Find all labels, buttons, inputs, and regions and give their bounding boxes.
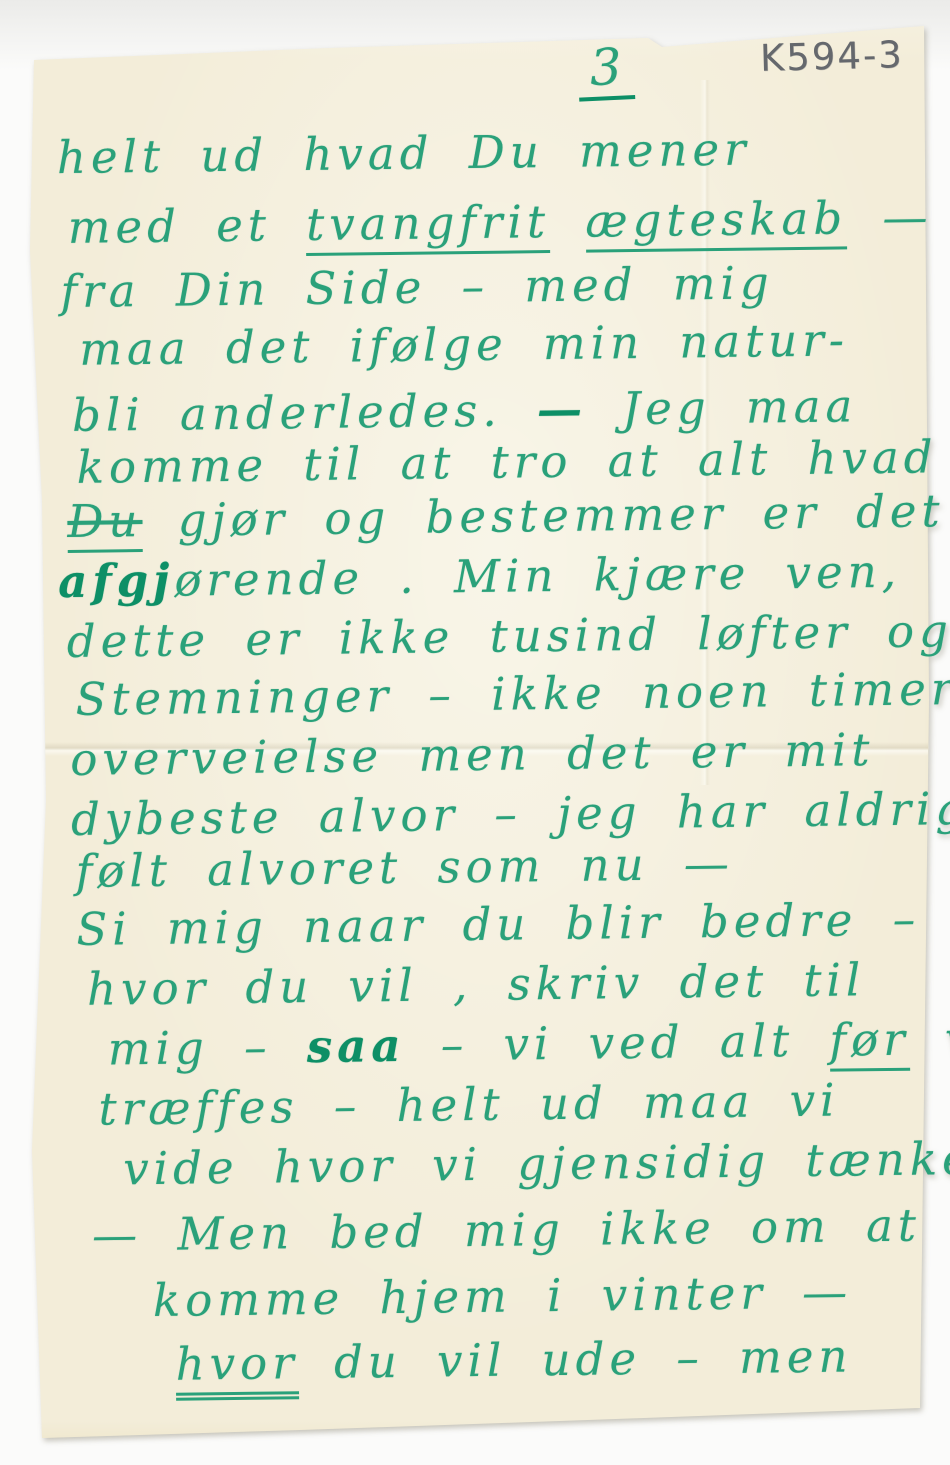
archival-mark: K594-3 (760, 36, 905, 77)
handwriting-line: fra Din Side – med mig (60, 260, 774, 314)
handwriting-segment: mig – (108, 1020, 308, 1075)
handwriting-segment: Jeg maa (587, 379, 858, 435)
handwriting-segment: — (847, 190, 933, 244)
handwriting-segment: bli anderledes. (72, 383, 537, 442)
handwriting-line: komme hjem i vinter — (153, 1269, 853, 1323)
handwriting-line: træffes – helt ud maa vi (98, 1078, 839, 1132)
handwriting-segment: maa det ifølge min natur- (79, 313, 849, 375)
handwriting-line: bli anderledes. — Jeg maa (72, 383, 858, 438)
handwriting-segment: — Men bed mig ikke om at (92, 1199, 921, 1262)
handwriting-segment: dette er ikke tusind løfter og (67, 604, 950, 668)
handwriting-layer: 3 helt ud hvad Du menermed et tvangfrit … (0, 0, 950, 1465)
handwriting-segment: du vil ude – men (298, 1329, 852, 1389)
handwriting-segment: komme hjem i vinter — (153, 1265, 853, 1327)
handwriting-segment: afgj (58, 554, 175, 608)
handwriting-segment: — (537, 383, 588, 437)
handwriting-line: Stemninger – ikke noen timers (75, 666, 950, 722)
handwriting-segment: vi (909, 1012, 950, 1066)
handwriting-line: maa det ifølge min natur- (79, 317, 849, 371)
handwriting-segment: fra Din Side – med mig (60, 256, 774, 318)
handwriting-line: — Men bed mig ikke om at (92, 1203, 921, 1258)
handwriting-segment (550, 195, 586, 248)
handwriting-segment: følt alvoret som nu — (75, 837, 734, 898)
handwriting-segment: vide hvor vi gjensidig tænker – (123, 1131, 950, 1195)
handwriting-segment: Si mig naar du blir bedre – (76, 893, 920, 956)
handwriting-segment: gjør og bestemmer er det (142, 484, 945, 547)
handwriting-line: med et tvangfrit ægteskab — (68, 194, 933, 250)
handwriting-segment: saa (306, 1019, 405, 1073)
handwriting-segment: med et (67, 198, 306, 254)
handwriting-segment: træffes – helt ud maa vi (98, 1074, 840, 1136)
handwriting-line: vide hvor vi gjensidig tænker – (123, 1135, 950, 1191)
handwriting-segment: ægteskab (585, 191, 848, 252)
handwriting-line: komme til at tro at alt hvad (76, 434, 937, 490)
handwriting-segment: overveielse men det er mit (70, 723, 875, 786)
handwriting-segment: Stemninger – ikke noen timers (75, 662, 950, 726)
handwriting-segment: helt ud hvad Du mener (57, 123, 751, 184)
handwriting-line: afgjørende . Min kjære ven, (58, 549, 901, 604)
handwriting-segment: hvor (175, 1336, 299, 1400)
handwriting-segment: – vi ved alt (405, 1014, 830, 1072)
handwriting-segment: før (829, 1013, 910, 1072)
handwriting-line: dette er ikke tusind løfter og (67, 608, 950, 664)
handwriting-line: hvor du vil ude – men (175, 1333, 852, 1386)
scanned-letter-page: 3 helt ud hvad Du menermed et tvangfrit … (0, 0, 950, 1465)
handwriting-line: hvor du vil , skriv det til (87, 957, 866, 1012)
handwriting-line: Du gjør og bestemmer er det (67, 488, 945, 544)
handwriting-segment: ørende . Min kjære ven, (174, 545, 901, 607)
handwriting-line: dybeste alvor – jeg har aldrig (71, 786, 950, 842)
handwriting-line: helt ud hvad Du mener (57, 127, 751, 180)
handwriting-line: mig – saa – vi ved alt før vi (108, 1016, 950, 1072)
handwriting-segment: hvor du vil , skriv det til (87, 953, 866, 1016)
handwriting-line: overveielse men det er mit (70, 727, 875, 782)
paper-shadow-wrap: 3 helt ud hvad Du menermed et tvangfrit … (0, 0, 950, 1465)
handwriting-segment: Du (67, 494, 143, 553)
page-number: 3 (577, 41, 635, 102)
handwriting-segment: dybeste alvor – jeg har aldrig (71, 782, 950, 846)
handwriting-line: følt alvoret som nu — (75, 841, 734, 894)
handwriting-segment: komme til at tro at alt hvad (76, 430, 937, 494)
handwriting-segment: tvangfrit (306, 195, 550, 256)
handwriting-line: Si mig naar du blir bedre – (76, 897, 920, 952)
